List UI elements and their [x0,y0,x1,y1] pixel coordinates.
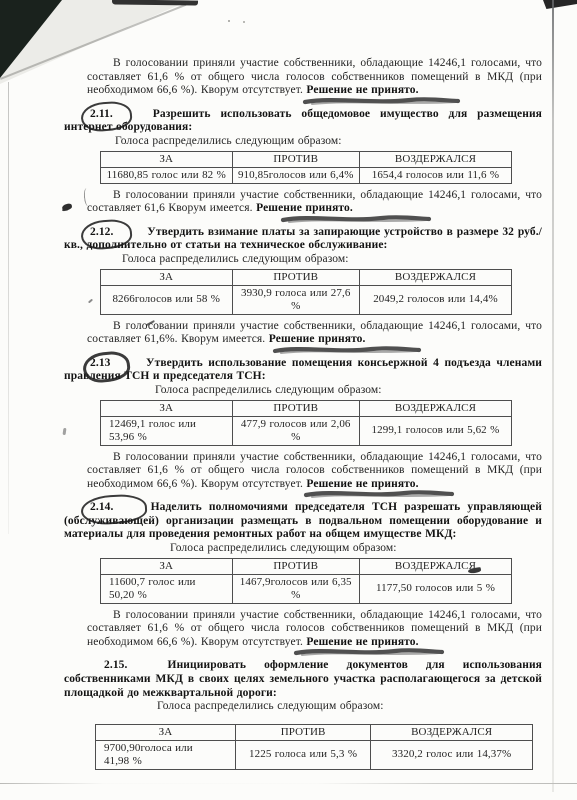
item-number-wrap: 2.14. [90,501,144,513]
scan-page-edge-bottom [0,783,577,784]
col-header-za: ЗА [101,269,233,285]
votes-table: ЗА ПРОТИВ ВОЗДЕРЖАЛСЯ 12469,1 голос или … [100,400,512,446]
votes-header-row: ЗА ПРОТИВ ВОЗДЕРЖАЛСЯ [101,558,512,574]
scan-corner-top-right [543,0,577,9]
result-verdict: Решение принято. [256,202,353,214]
col-header-vozderzhalsya: ВОЗДЕРЖАЛСЯ [359,558,511,574]
agenda-item-2-14: 2.14. Наделить полномочиями председателя… [64,501,542,654]
col-header-vozderzhalsya: ВОЗДЕРЖАЛСЯ [359,269,511,285]
votes-data-row: 9700,90голоса или 41,98 % 1225 голоса ил… [96,740,533,769]
votes-table: ЗА ПРОТИВ ВОЗДЕРЖАЛСЯ 9700,90голоса или … [95,724,533,770]
votes-data-row: 11600,7 голос или 50,20 % 1467,9голосов … [101,574,512,603]
item-number: 2.13 [90,357,111,369]
votes-protiv: 910,85голосов или 6,4% [232,167,359,183]
item-number: 2.11. [90,108,113,120]
result-paragraph: В голосовании приняли участие собственни… [87,320,542,347]
votes-intro: Голоса распределились следующим образом: [157,700,542,714]
scan-page-edge-right [552,0,554,792]
votes-protiv: 1225 голоса или 5,3 % [235,740,370,769]
item-number: 2.12. [90,226,114,238]
agenda-item-2-11: 2.11. Разрешить использовать общедомовое… [64,108,542,221]
votes-za: 11600,7 голос или 50,20 % [101,574,233,603]
scanned-document-page: В голосовании приняли участие собственни… [0,0,577,800]
col-header-protiv: ПРОТИВ [232,269,359,285]
col-header-za: ЗА [96,724,236,740]
votes-vozderzhalsya: 1654,4 голосов или 11,6 % [359,167,511,183]
votes-header-row: ЗА ПРОТИВ ВОЗДЕРЖАЛСЯ [101,269,512,285]
votes-data-row: 12469,1 голос или 53,96 % 477,9 голосов … [101,416,512,445]
votes-table: ЗА ПРОТИВ ВОЗДЕРЖАЛСЯ 8266голосов или 58… [100,269,512,315]
col-header-protiv: ПРОТИВ [232,400,359,416]
item-number-wrap: 2.15. [104,659,150,671]
votes-protiv: 1467,9голосов или 6,35 % [232,574,359,603]
result-verdict: Решение не принято. [306,636,418,648]
agenda-item-2-15: 2.15. Инициировать оформление документов… [64,659,542,769]
votes-protiv: 3930,9 голоса или 27,6 % [232,285,359,314]
item-heading: 2.15. Инициировать оформление документов… [64,659,542,700]
agenda-item-2-12: 2.12. Утвердить взимание платы за запира… [64,226,542,352]
result-paragraph: В голосовании приняли участие собственни… [87,189,542,216]
votes-vozderzhalsya: 3320,2 голос или 14,37% [371,740,533,769]
votes-za: 8266голосов или 58 % [101,285,233,314]
votes-data-row: 11680,85 голос или 82 % 910,85голосов ил… [101,167,512,183]
votes-header-row: ЗА ПРОТИВ ВОЗДЕРЖАЛСЯ [101,151,512,167]
votes-intro: Голоса распределились следующим образом: [115,135,542,149]
scan-dust-dot [228,20,230,22]
col-header-vozderzhalsya: ВОЗДЕРЖАЛСЯ [359,400,511,416]
item-number-wrap: 2.11. [90,108,143,120]
col-header-za: ЗА [101,558,233,574]
result-verdict: Решение принято. [269,333,366,345]
votes-table: ЗА ПРОТИВ ВОЗДЕРЖАЛСЯ 11600,7 голос или … [100,558,512,604]
votes-vozderzhalsya: 1177,50 голосов или 5 % [359,574,511,603]
col-header-protiv: ПРОТИВ [232,558,359,574]
votes-protiv: 477,9 голосов или 2,06 % [232,416,359,445]
result-paragraph: В голосовании приняли участие собственни… [87,451,542,492]
votes-table: ЗА ПРОТИВ ВОЗДЕРЖАЛСЯ 11680,85 голос или… [100,151,512,184]
item-number-wrap: 2.12. [90,226,144,238]
item-heading: 2.13 Утвердить использование помещения к… [64,357,542,384]
scan-dust-dot [243,21,245,23]
col-header-za: ЗА [101,400,233,416]
item-heading: 2.11. Разрешить использовать общедомовое… [64,108,542,135]
item-number: 2.15. [104,659,128,671]
item-number: 2.14. [90,501,114,513]
col-header-za: ЗА [101,151,233,167]
votes-vozderzhalsya: 1299,1 голосов или 5,62 % [359,416,511,445]
votes-intro: Голоса распределились следующим образом: [122,253,542,267]
result-paragraph: В голосовании приняли участие собственни… [87,609,542,650]
scan-page-edge-left [8,82,9,534]
votes-vozderzhalsya: 2049,2 голосов или 14,4% [359,285,511,314]
result-verdict: Решение не принято. [306,478,418,490]
votes-header-row: ЗА ПРОТИВ ВОЗДЕРЖАЛСЯ [96,724,533,740]
votes-za: 11680,85 голос или 82 % [101,167,233,183]
intro-verdict: Решение не принято. [306,84,418,96]
document-body: В голосовании приняли участие собственни… [64,57,542,770]
item-heading: 2.14. Наделить полномочиями председателя… [64,501,542,542]
votes-za: 12469,1 голос или 53,96 % [101,416,233,445]
intro-paragraph: В голосовании приняли участие собственни… [87,57,542,98]
votes-intro: Голоса распределились следующим образом: [170,542,542,556]
col-header-protiv: ПРОТИВ [232,151,359,167]
col-header-vozderzhalsya: ВОЗДЕРЖАЛСЯ [359,151,511,167]
item-heading: 2.12. Утвердить взимание платы за запира… [64,226,542,253]
votes-data-row: 8266голосов или 58 % 3930,9 голоса или 2… [101,285,512,314]
votes-za: 9700,90голоса или 41,98 % [96,740,236,769]
votes-header-row: ЗА ПРОТИВ ВОЗДЕРЖАЛСЯ [101,400,512,416]
col-header-vozderzhalsya: ВОЗДЕРЖАЛСЯ [371,724,533,740]
col-header-protiv: ПРОТИВ [235,724,370,740]
votes-intro: Голоса распределились следующим образом: [155,384,542,398]
agenda-item-2-13: 2.13 Утвердить использование помещения к… [64,357,542,497]
item-number-wrap: 2.13 [90,357,141,369]
